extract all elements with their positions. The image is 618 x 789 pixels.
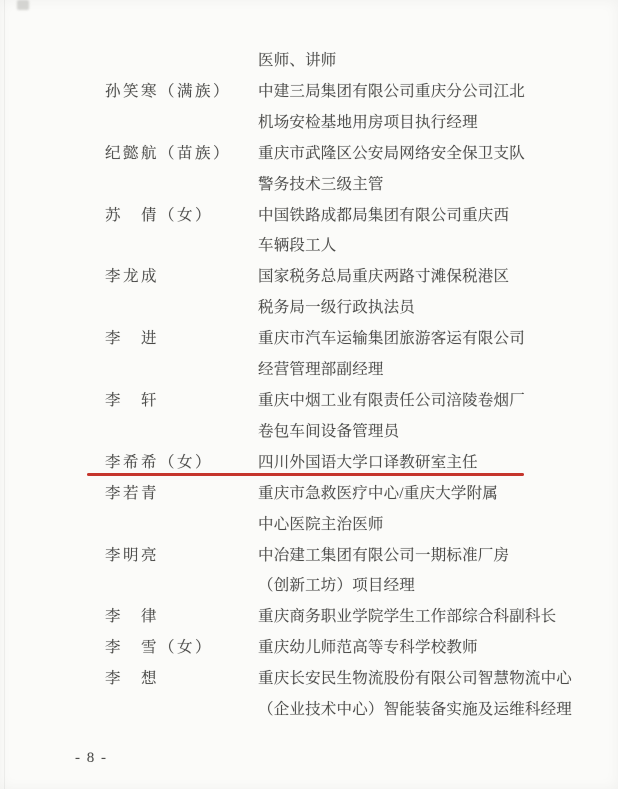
position-lines: 重庆市汽车运输集团旅游客运有限公司经营管理部副经理 <box>258 324 618 386</box>
position-lines: 中冶建工集团有限公司一期标准厂房（创新工坊）项目经理 <box>258 541 618 603</box>
document-page: { "colors": { "background": "#fbfbf9", "… <box>0 0 618 789</box>
roster-entry: 李 轩 重庆中烟工业有限责任公司涪陵卷烟厂卷包车间设备管理员 <box>0 386 618 448</box>
position-line: 医师、讲师 <box>258 46 618 77</box>
roster-entry: 李 律 重庆商务职业学院学生工作部综合科副科长 <box>0 602 618 633</box>
position-lines: 重庆幼儿师范高等专科学校教师 <box>258 633 618 664</box>
position-line: 机场安检基地用房项目执行经理 <box>258 108 618 139</box>
position-lines: 重庆市急救医疗中心/重庆大学附属中心医院主治医师 <box>258 479 618 541</box>
person-name: 李 律 <box>105 602 258 633</box>
person-name: 李 轩 <box>105 386 258 448</box>
person-name: 李 进 <box>105 324 258 386</box>
roster-content: 医师、讲师 孙笑寒（满族） 中建三局集团有限公司重庆分公司江北机场安检基地用房项… <box>0 0 618 774</box>
entries: 医师、讲师 孙笑寒（满族） 中建三局集团有限公司重庆分公司江北机场安检基地用房项… <box>0 46 618 726</box>
position-line: 中建三局集团有限公司重庆分公司江北 <box>258 77 618 108</box>
roster-entry: 苏 倩（女） 中国铁路成都局集团有限公司重庆西车辆段工人 <box>0 201 618 263</box>
person-name <box>105 46 258 77</box>
roster-entry: 医师、讲师 <box>0 46 618 77</box>
roster-entry: 李 进 重庆市汽车运输集团旅游客运有限公司经营管理部副经理 <box>0 324 618 386</box>
position-line: （企业技术中心）智能装备实施及运维科经理 <box>258 695 618 726</box>
position-lines: 重庆中烟工业有限责任公司涪陵卷烟厂卷包车间设备管理员 <box>258 386 618 448</box>
position-line: 警务技术三级主管 <box>258 170 618 201</box>
person-name: 李明亮 <box>105 541 258 603</box>
position-lines: 医师、讲师 <box>258 46 618 77</box>
roster-entry: 李希希（女） 四川外国语大学口译教研室主任 <box>0 448 618 479</box>
position-line: 重庆长安民生物流股份有限公司智慧物流中心 <box>258 664 618 695</box>
position-lines: 中建三局集团有限公司重庆分公司江北机场安检基地用房项目执行经理 <box>258 77 618 139</box>
roster-entry: 纪懿航（苗族） 重庆市武隆区公安局网络安全保卫支队警务技术三级主管 <box>0 139 618 201</box>
position-lines: 重庆市武隆区公安局网络安全保卫支队警务技术三级主管 <box>258 139 618 201</box>
position-line: 重庆中烟工业有限责任公司涪陵卷烟厂 <box>258 386 618 417</box>
position-line: 国家税务总局重庆两路寸滩保税港区 <box>258 262 618 293</box>
position-lines: 国家税务总局重庆两路寸滩保税港区税务局一级行政执法员 <box>258 262 618 324</box>
person-name: 苏 倩（女） <box>105 201 258 263</box>
position-line: 重庆市急救医疗中心/重庆大学附属 <box>258 479 618 510</box>
position-line: 卷包车间设备管理员 <box>258 417 618 448</box>
roster-entry: 李若青 重庆市急救医疗中心/重庆大学附属中心医院主治医师 <box>0 479 618 541</box>
person-name: 李若青 <box>105 479 258 541</box>
position-lines: 重庆长安民生物流股份有限公司智慧物流中心（企业技术中心）智能装备实施及运维科经理 <box>258 664 618 726</box>
position-line: （创新工坊）项目经理 <box>258 571 618 602</box>
roster-entry: 李 想 重庆长安民生物流股份有限公司智慧物流中心（企业技术中心）智能装备实施及运… <box>0 664 618 726</box>
position-line: 重庆市汽车运输集团旅游客运有限公司 <box>258 324 618 355</box>
position-line: 中冶建工集团有限公司一期标准厂房 <box>258 541 618 572</box>
person-name: 纪懿航（苗族） <box>105 139 258 201</box>
position-line: 税务局一级行政执法员 <box>258 293 618 324</box>
position-line: 中心医院主治医师 <box>258 510 618 541</box>
position-line: 车辆段工人 <box>258 231 618 262</box>
roster-entry: 李龙成 国家税务总局重庆两路寸滩保税港区税务局一级行政执法员 <box>0 262 618 324</box>
red-underline-annotation <box>87 473 524 476</box>
position-line: 重庆商务职业学院学生工作部综合科副科长 <box>258 602 618 633</box>
position-line: 重庆幼儿师范高等专科学校教师 <box>258 633 618 664</box>
person-name: 孙笑寒（满族） <box>105 77 258 139</box>
position-lines: 中国铁路成都局集团有限公司重庆西车辆段工人 <box>258 201 618 263</box>
position-line: 经营管理部副经理 <box>258 355 618 386</box>
position-line: 中国铁路成都局集团有限公司重庆西 <box>258 201 618 232</box>
roster-entry: 李明亮 中冶建工集团有限公司一期标准厂房（创新工坊）项目经理 <box>0 541 618 603</box>
person-name: 李 想 <box>105 664 258 726</box>
roster-entry: 李 雪（女） 重庆幼儿师范高等专科学校教师 <box>0 633 618 664</box>
position-line: 重庆市武隆区公安局网络安全保卫支队 <box>258 139 618 170</box>
person-name: 李 雪（女） <box>105 633 258 664</box>
position-lines: 重庆商务职业学院学生工作部综合科副科长 <box>258 602 618 633</box>
page-number: - 8 - <box>75 743 618 774</box>
person-name: 李龙成 <box>105 262 258 324</box>
roster-entry: 孙笑寒（满族） 中建三局集团有限公司重庆分公司江北机场安检基地用房项目执行经理 <box>0 77 618 139</box>
